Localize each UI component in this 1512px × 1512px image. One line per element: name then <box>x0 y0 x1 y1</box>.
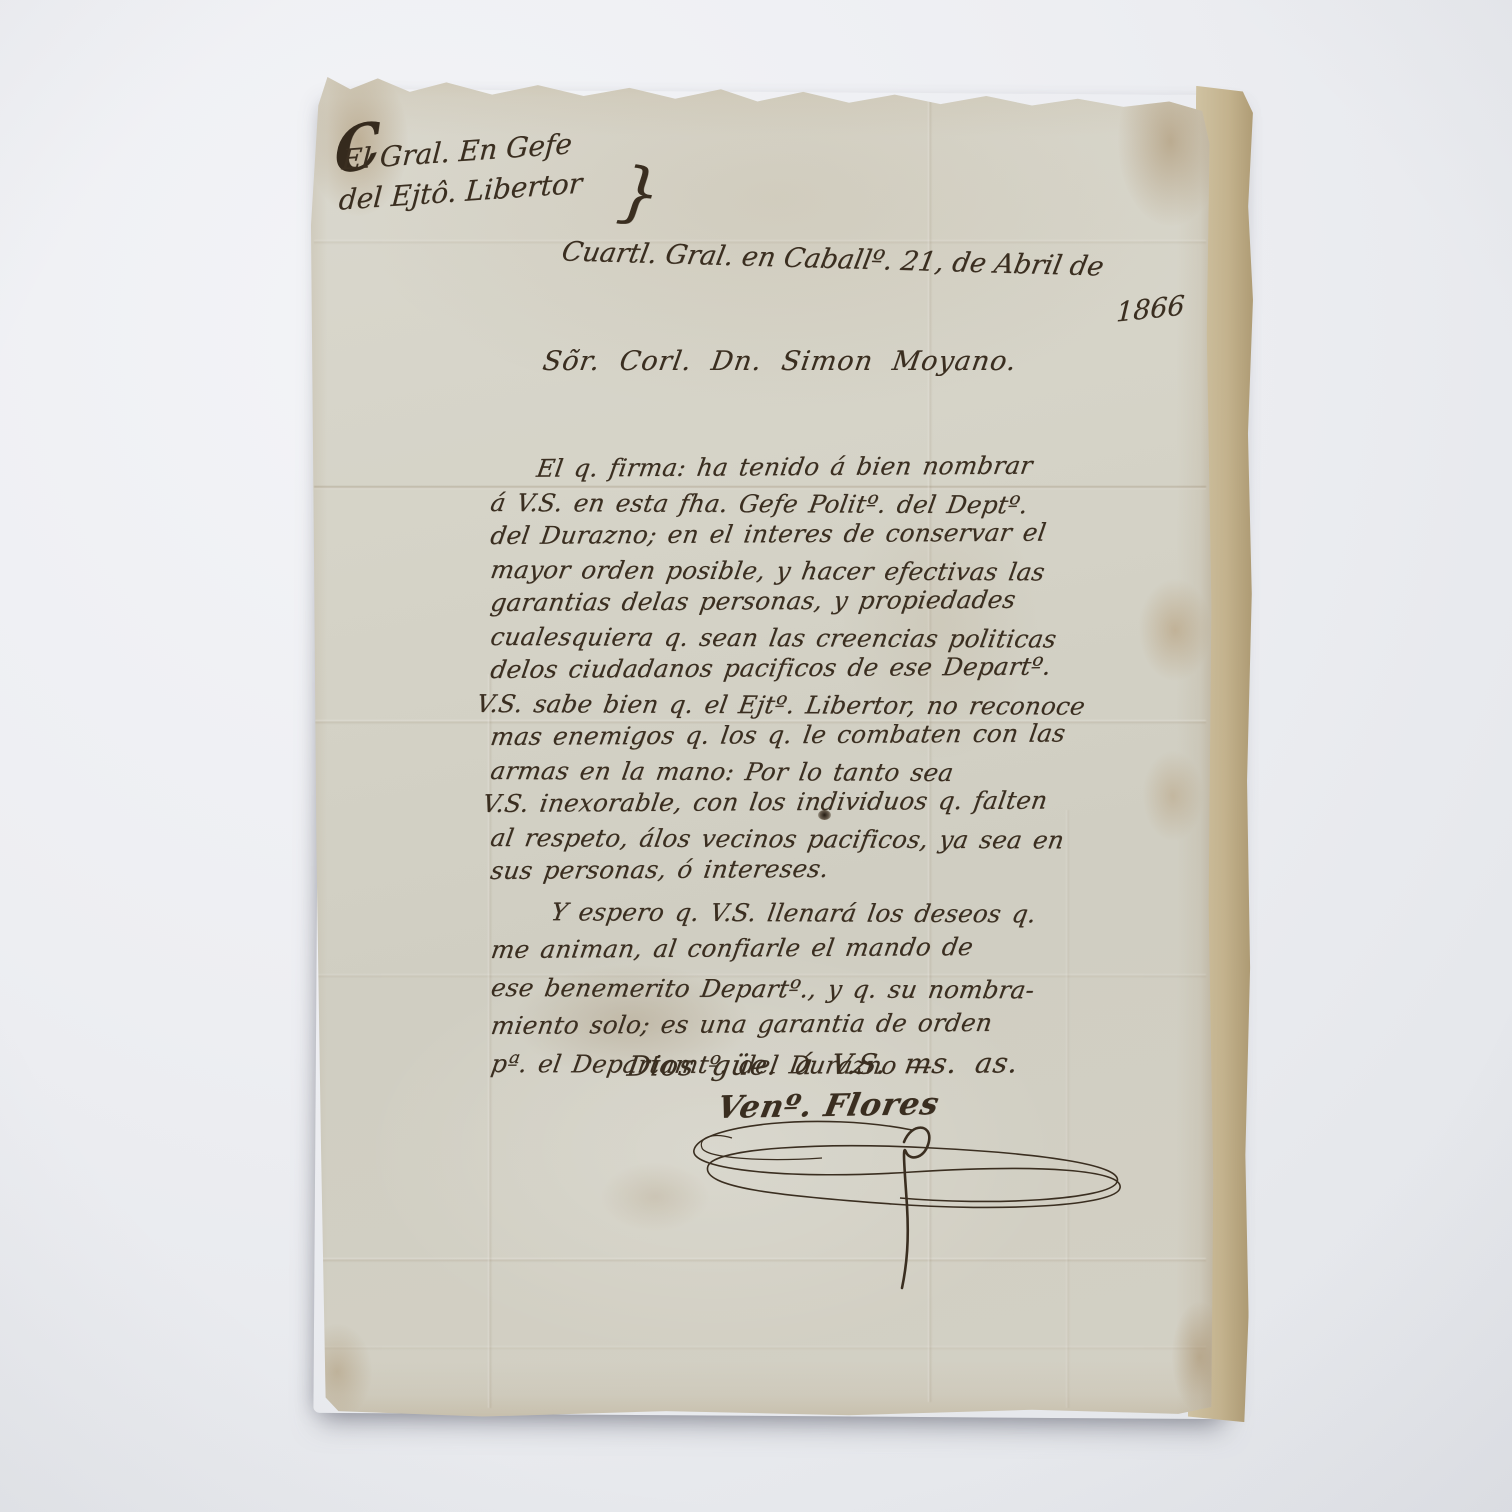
letter-line: El q. firma: ha tenido á bien nombrar <box>488 450 1214 488</box>
letter-line: garantias delas personas, y propiedades <box>488 584 1214 622</box>
signature-flourish <box>672 1108 1142 1298</box>
letter-sheet: C El Gral. En Gefe del Ejtô. Libertor } … <box>300 62 1215 1422</box>
closing-formula: Dios güe. á V.S. ms. as. <box>625 1046 1021 1082</box>
marginal-heading: El Gral. En Gefe del Ejtô. Libertor <box>337 123 586 221</box>
heading-brace: } <box>613 152 664 234</box>
letter-line: V.S. inexorable, con los individuos q. f… <box>480 785 1214 823</box>
salutation: Sõr. Corl. Dn. Simon Moyano. <box>541 346 1020 377</box>
letter-line: me animan, al confiarle el mando de <box>488 930 1214 972</box>
fold-crease-horizontal <box>314 1346 1206 1350</box>
letter-line: mas enemigos q. los q. le combaten con l… <box>488 718 1214 756</box>
dateline: Cuartl. Gral. en Caballº. 21, de Abril d… <box>559 237 1106 283</box>
letter-line: sus personas, ó intereses. <box>488 852 1214 890</box>
letter-line: miento solo; es una garantia de orden <box>488 1006 1214 1048</box>
letter-body: El q. firma: ha tenido á bien nombrará V… <box>490 454 1210 1087</box>
letter-line: del Durazno; en el interes de conservar … <box>488 517 1214 555</box>
letter-line: delos ciudadanos pacificos de ese Depart… <box>488 651 1214 689</box>
dateline-year: 1866 <box>1115 290 1185 329</box>
photo-background: C El Gral. En Gefe del Ejtô. Libertor } … <box>0 0 1512 1512</box>
corner-stain <box>1118 56 1223 226</box>
